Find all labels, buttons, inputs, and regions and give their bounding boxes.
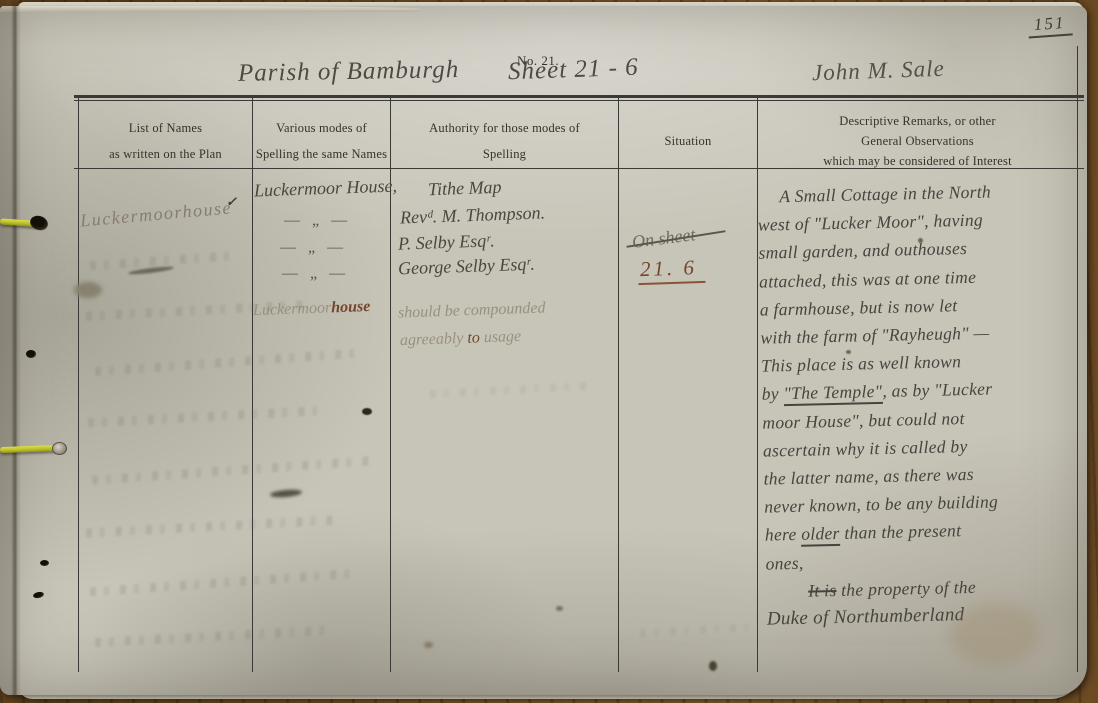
header-line: Situation — [665, 128, 712, 154]
authority-note-line2: agreeably to usage — [400, 328, 522, 350]
entry-spelling-note: Luckermoorhouse — [253, 298, 371, 320]
check-mark: ✓ — [226, 194, 237, 210]
bleed-through-text — [90, 251, 240, 270]
column-header-situation: Situation — [619, 109, 757, 173]
binding-hole — [32, 591, 44, 599]
note-ink: to — [467, 329, 480, 346]
folio-number: 151 — [1027, 13, 1072, 39]
authority-item: Revᵈ. M. Thompson. — [400, 202, 546, 228]
remarks-paragraph: A Small Cottage in the North west of "Lu… — [757, 175, 1089, 633]
header-line: Spelling — [483, 141, 526, 167]
underlined-phrase: "The Temple" — [783, 381, 882, 406]
entry-spelling-main: Luckermoor House, — [254, 176, 398, 202]
column-header-remarks: Descriptive Remarks, or other General Ob… — [758, 109, 1077, 173]
authority-item: P. Selby Esqʳ. — [398, 230, 495, 254]
binding-eyelet — [52, 442, 67, 455]
top-sheet-edge — [0, 6, 420, 12]
bleed-through-text — [90, 569, 360, 597]
scanned-register-photo: 151 No. 21. Parish of Bamburgh Sheet 21 … — [0, 0, 1098, 703]
authority-item: Tithe Map — [428, 177, 502, 201]
bleed-through-text — [92, 456, 372, 485]
ink-smudge — [128, 265, 174, 276]
bleed-through-text — [95, 349, 355, 376]
header-line: Authority for those modes of — [429, 115, 580, 141]
bleed-through-text — [95, 626, 325, 647]
header-line: as written on the Plan — [109, 141, 222, 167]
binding-hole — [40, 560, 49, 566]
register-page: 151 No. 21. Parish of Bamburgh Sheet 21 … — [0, 6, 1087, 695]
note-pencil: usage — [480, 328, 522, 346]
bleed-through-text — [86, 515, 336, 537]
bleed-through-text — [88, 406, 328, 428]
remarks-text: , as by "Lucker — [882, 379, 992, 401]
remarks-text: here — [765, 524, 802, 545]
remarks-text: by — [761, 384, 783, 404]
header-line: General Observations — [861, 131, 974, 151]
header-line: Various modes of — [276, 115, 367, 141]
remarks-line: Duke of Northumberland — [767, 598, 1090, 634]
table-vertical-rule — [618, 98, 619, 672]
sheet-title: Sheet 21 - 6 — [508, 54, 640, 87]
parish-title: Parish of Bamburgh — [238, 56, 460, 88]
struck-phrase: It is — [808, 580, 837, 601]
ink-blot — [362, 408, 372, 415]
spelling-note-ink: house — [331, 298, 371, 316]
authority-note-line1: should be compounded — [398, 299, 546, 322]
remarks-text: than the present — [839, 521, 961, 544]
header-line: Spelling the same Names — [256, 141, 387, 167]
column-header-names: List of Names as written on the Plan — [79, 109, 252, 173]
note-pencil: agreeably — [400, 330, 468, 349]
spine-crease — [11, 6, 21, 695]
ditto-mark: — „ — — [280, 239, 347, 257]
situation-struck-text: On sheet — [631, 224, 697, 253]
entry-name-on-plan: Luckermoorhouse — [79, 197, 232, 231]
header-line: Descriptive Remarks, or other — [839, 111, 995, 131]
authority-item: George Selby Esqʳ. — [398, 254, 535, 280]
ditto-mark: — „ — — [284, 212, 351, 230]
column-header-spelling-modes: Various modes of Spelling the same Names — [253, 109, 390, 173]
surveyor-signature: John M. Sale — [812, 56, 946, 87]
bleed-through-text — [430, 382, 590, 398]
header-line: which may be considered of Interest — [823, 151, 1012, 171]
fox-spot — [424, 642, 433, 648]
spelling-note-pencil: Luckermoor — [253, 299, 332, 319]
table-top-rule — [74, 95, 1084, 98]
binding-hole — [28, 214, 49, 233]
bleed-through-text — [640, 623, 760, 637]
fox-spot — [556, 606, 563, 611]
binding-hole — [26, 350, 36, 358]
situation-sheet-ref: 21. 6 — [638, 255, 706, 285]
ditto-mark: — „ — — [282, 265, 349, 283]
underlined-word: older — [801, 523, 840, 547]
table-top-rule-inner — [74, 100, 1084, 101]
table-vertical-rule — [78, 98, 79, 672]
ink-smudge — [270, 489, 302, 499]
header-line: List of Names — [129, 115, 202, 141]
dark-spot — [709, 661, 717, 671]
column-header-authority: Authority for those modes of Spelling — [391, 109, 618, 173]
remarks-text: the property of the — [836, 577, 976, 600]
